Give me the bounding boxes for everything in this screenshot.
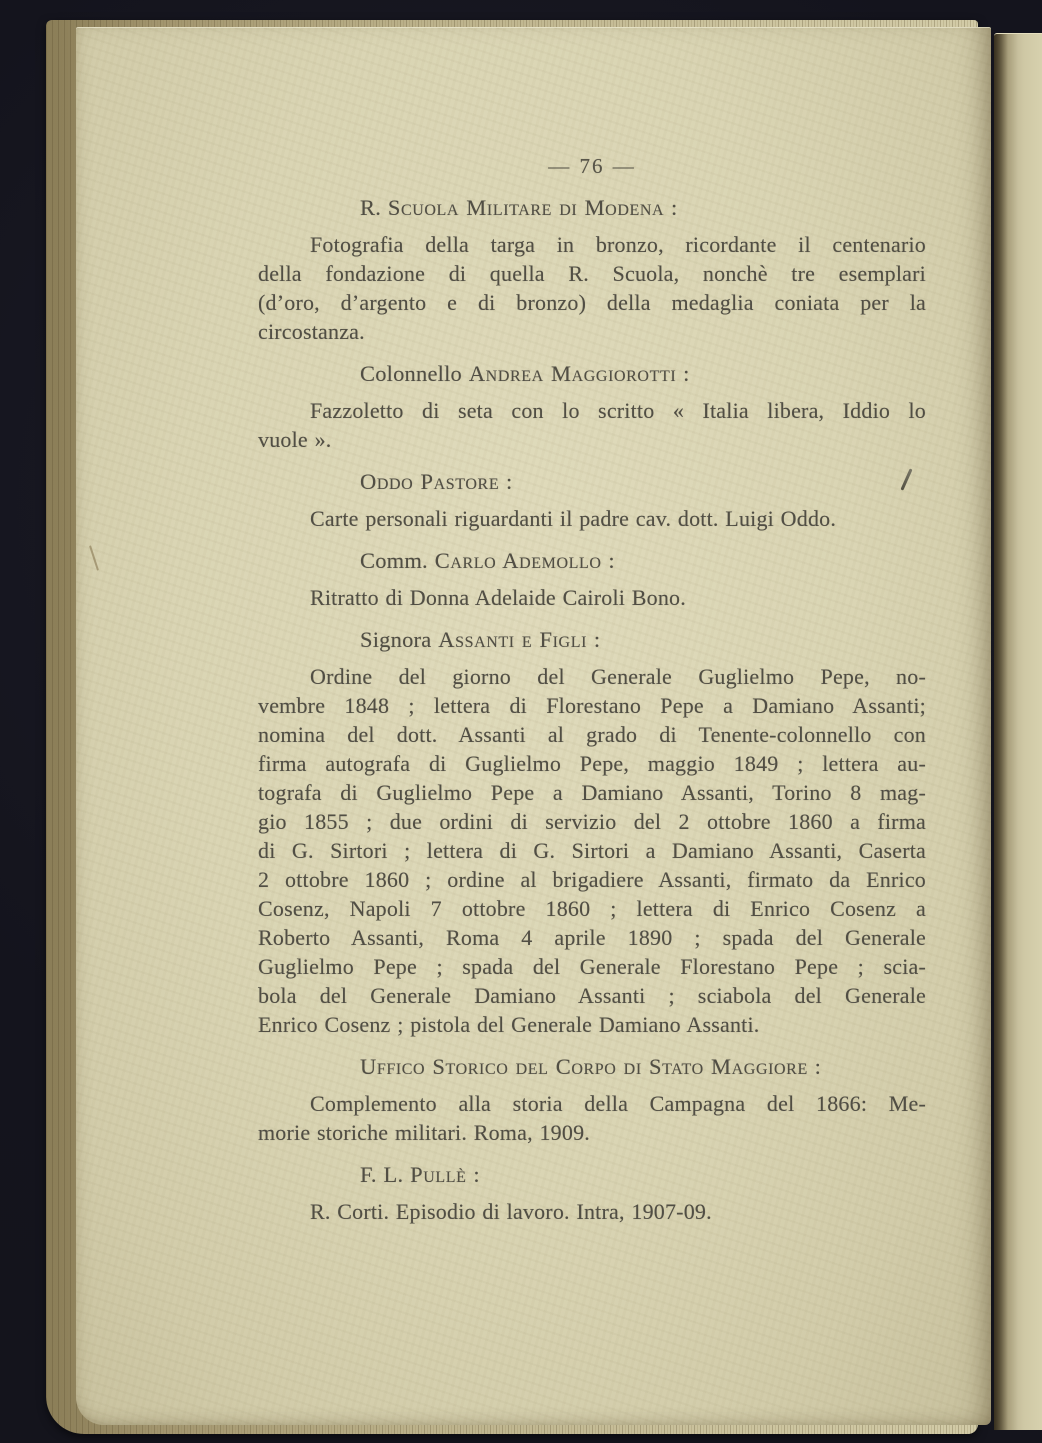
- heading-smallcaps: Andrea Maggiorotti: [469, 361, 676, 386]
- paragraph-line: R. Corti. Episodio di lavoro. Intra, 190…: [258, 1197, 926, 1226]
- paragraph-line: Fazzoletto di seta con lo scritto « Ital…: [258, 396, 926, 425]
- heading-smallcaps: Assanti e Figli: [438, 627, 587, 652]
- heading-smallcaps: Carlo Ademollo: [435, 548, 602, 573]
- paragraph-line: (d’oro, d’argento e di bronzo) della med…: [258, 288, 926, 317]
- paragraph-line: di G. Sirtori ; lettera di G. Sirtori a …: [258, 836, 926, 865]
- section-heading: Oddo Pastore :: [360, 467, 926, 497]
- heading-colon: :: [602, 548, 615, 573]
- book-scan-background: — 76 — R. Scuola Militare di Modena : Fo…: [0, 0, 1042, 1443]
- paragraph-line: Roberto Assanti, Roma 4 aprile 1890 ; sp…: [258, 923, 926, 952]
- paragraph: Ritratto di Donna Adelaide Cairoli Bono.: [258, 583, 926, 612]
- page-number: — 76 —: [258, 153, 926, 179]
- section-heading: R. Scuola Militare di Modena :: [360, 193, 926, 223]
- heading-colon: :: [467, 1162, 480, 1187]
- section-ademollo: Comm. Carlo Ademollo : Ritratto di Donna…: [258, 546, 926, 612]
- paragraph-line: Ordine del giorno del Generale Guglielmo…: [258, 662, 926, 691]
- section-heading: F. L. Pullè :: [360, 1160, 926, 1190]
- section-oddo-pastore: Oddo Pastore : Carte personali riguardan…: [258, 467, 926, 533]
- paragraph: Ordine del giorno del Generale Guglielmo…: [258, 662, 926, 1039]
- section-maggiorotti: Colonnello Andrea Maggiorotti : Fazzolet…: [258, 359, 926, 454]
- paragraph: Complemento alla storia della Campagna d…: [258, 1089, 926, 1147]
- paragraph-line: gio 1855 ; due ordini di servizio del 2 …: [258, 807, 926, 836]
- heading-prefix: R.: [360, 195, 388, 220]
- heading-smallcaps: Oddo Pastore: [360, 469, 499, 494]
- section-scuola-militare-modena: R. Scuola Militare di Modena : Fotografi…: [258, 193, 926, 346]
- paragraph-line: Enrico Cosenz ; pistola del Generale Dam…: [258, 1010, 926, 1039]
- heading-prefix: Signora: [360, 627, 438, 652]
- heading-smallcaps: Scuola Militare di Modena: [388, 195, 664, 220]
- paragraph-line: morie storiche militari. Roma, 1909.: [258, 1118, 926, 1147]
- heading-smallcaps: Pullè: [410, 1162, 466, 1187]
- paragraph-line: circostanza.: [258, 317, 926, 346]
- paragraph-line: Ritratto di Donna Adelaide Cairoli Bono.: [258, 583, 926, 612]
- heading-colon: :: [808, 1054, 821, 1079]
- page-content: — 76 — R. Scuola Militare di Modena : Fo…: [258, 27, 926, 1226]
- paragraph-line: Carte personali riguardanti il padre cav…: [258, 504, 926, 533]
- paragraph: R. Corti. Episodio di lavoro. Intra, 190…: [258, 1197, 926, 1226]
- book-page: — 76 — R. Scuola Militare di Modena : Fo…: [76, 27, 991, 1425]
- heading-prefix: F. L.: [360, 1162, 410, 1187]
- heading-colon: :: [587, 627, 600, 652]
- section-heading: Signora Assanti e Figli :: [360, 625, 926, 655]
- paragraph-line: 2 ottobre 1860 ; ordine al brigadiere As…: [258, 865, 926, 894]
- paragraph: Carte personali riguardanti il padre cav…: [258, 504, 926, 533]
- paragraph-line: tografa di Guglielmo Pepe a Damiano Assa…: [258, 778, 926, 807]
- paragraph: Fotografia della targa in bronzo, ricord…: [258, 230, 926, 346]
- paragraph-line: Cosenz, Napoli 7 ottobre 1860 ; lettera …: [258, 894, 926, 923]
- paragraph-line: bola del Generale Damiano Assanti ; scia…: [258, 981, 926, 1010]
- paragraph-line: della fondazione di quella R. Scuola, no…: [258, 259, 926, 288]
- paragraph: Fazzoletto di seta con lo scritto « Ital…: [258, 396, 926, 454]
- heading-prefix: Colonnello: [360, 361, 469, 386]
- paragraph-line: nomina del dott. Assanti al grado di Ten…: [258, 720, 926, 749]
- heading-colon: :: [676, 361, 689, 386]
- facing-page-edge: [994, 33, 1042, 1430]
- heading-smallcaps: Uffico Storico del Corpo di Stato Maggio…: [360, 1054, 808, 1079]
- section-pulle: F. L. Pullè : R. Corti. Episodio di lavo…: [258, 1160, 926, 1226]
- section-heading: Uffico Storico del Corpo di Stato Maggio…: [360, 1052, 926, 1082]
- section-assanti-e-figli: Signora Assanti e Figli : Ordine del gio…: [258, 625, 926, 1039]
- paragraph-line: Fotografia della targa in bronzo, ricord…: [258, 230, 926, 259]
- section-heading: Comm. Carlo Ademollo :: [360, 546, 926, 576]
- heading-colon: :: [499, 469, 512, 494]
- margin-pen-mark: [89, 545, 99, 570]
- paragraph-line: firma autografa di Guglielmo Pepe, maggi…: [258, 749, 926, 778]
- section-ufficio-storico: Uffico Storico del Corpo di Stato Maggio…: [258, 1052, 926, 1147]
- paragraph-line: vuole ».: [258, 425, 926, 454]
- paragraph-line: Complemento alla storia della Campagna d…: [258, 1089, 926, 1118]
- heading-colon: :: [664, 195, 677, 220]
- paragraph-line: Guglielmo Pepe ; spada del Generale Flor…: [258, 952, 926, 981]
- paragraph-line: vembre 1848 ; lettera di Florestano Pepe…: [258, 691, 926, 720]
- heading-prefix: Comm.: [360, 548, 435, 573]
- section-heading: Colonnello Andrea Maggiorotti :: [360, 359, 926, 389]
